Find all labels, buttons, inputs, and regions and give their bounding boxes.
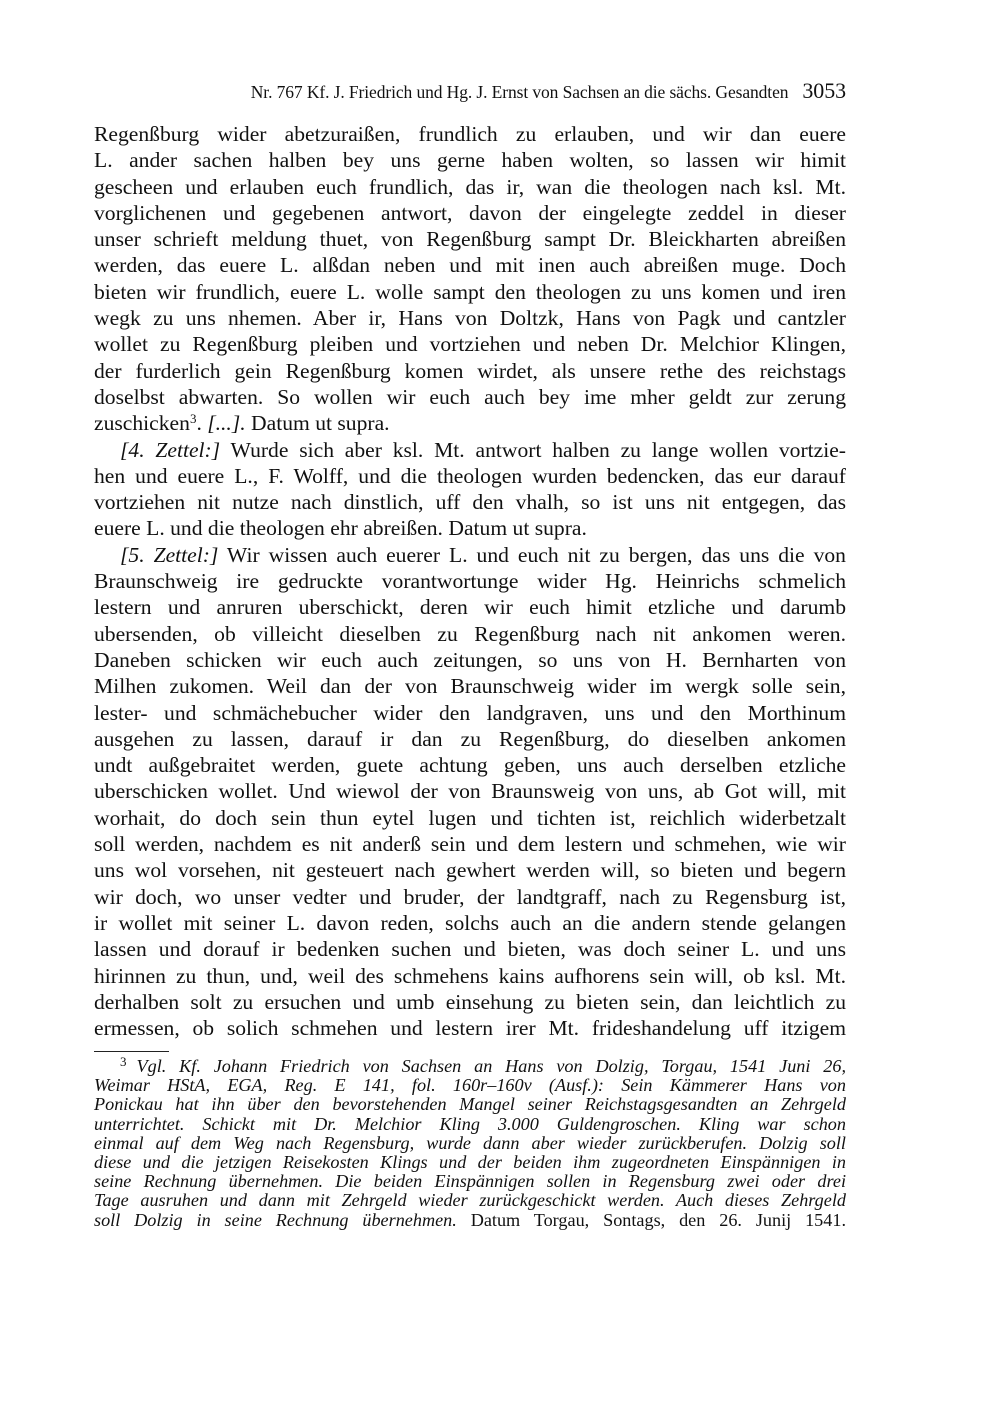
text-line: unser schrieft meldung thuet, von Regenß… xyxy=(94,226,846,252)
text-line: derhalben solt zu ersuchen und umb einse… xyxy=(94,989,846,1015)
text-line: hirinnen zu thun, und, weil des schmehen… xyxy=(94,963,846,989)
footnote-line: soll Dolzig in seine Rechnung übernehmen… xyxy=(94,1211,846,1230)
footnote-line: Ponickau hat ihn über den bevorstehenden… xyxy=(94,1095,846,1114)
text-line: Daneben schicken wir euch auch zeitungen… xyxy=(94,647,846,673)
text-segment: Wir wissen auch euerer L. und euch nit z… xyxy=(218,543,846,567)
zettel-label: [4. Zettel:] xyxy=(120,438,220,462)
text-line: lestern und anruren uberschickt, deren w… xyxy=(94,594,846,620)
paragraph-1: Regenßburg wider abetzuraißen, frundlich… xyxy=(94,121,846,437)
text-line: Milhen zukomen. Weil dan der von Braunsc… xyxy=(94,673,846,699)
text-segment: zuschicken xyxy=(94,411,190,435)
editorial-omission: [...]. xyxy=(207,411,245,435)
footnote-divider xyxy=(94,1051,169,1052)
text-segment: Datum ut supra. xyxy=(246,411,390,435)
footnote-line: unterrichtet. Schickt mit Dr. Melchior K… xyxy=(94,1115,846,1134)
text-line: [4. Zettel:] Wurde sich aber ksl. Mt. an… xyxy=(94,437,846,463)
text-line: uns wol vorsehen, nit gesteuert nach gew… xyxy=(94,857,846,883)
text-line: euere L. und die theologen ehr abreißen.… xyxy=(94,515,846,541)
zettel-label: [5. Zettel:] xyxy=(120,543,218,567)
text-segment: . xyxy=(196,411,207,435)
text-line: Braunschweig ire gedruckte vorantwortung… xyxy=(94,568,846,594)
running-header: Nr. 767 Kf. J. Friedrich und Hg. J. Erns… xyxy=(94,78,846,108)
text-line: vortziehen nit nutze nach dinstlich, uff… xyxy=(94,489,846,515)
text-line: lester- und schmächebucher wider den lan… xyxy=(94,700,846,726)
text-line: der furderlich gein Regenßburg komen wir… xyxy=(94,358,846,384)
text-line: ubersenden, ob villeicht dieselben zu Re… xyxy=(94,621,846,647)
text-line: uberschicken wollet. Und wiewol der von … xyxy=(94,778,846,804)
document-page: Nr. 767 Kf. J. Friedrich und Hg. J. Erns… xyxy=(94,78,846,1041)
text-line: ermessen, ob solich schmehen und lestern… xyxy=(94,1015,846,1041)
text-line: soll werden, nachdem es nit anderß sein … xyxy=(94,831,846,857)
text-line: vorglichenen und gegebenen antwort, davo… xyxy=(94,200,846,226)
footnote-line: seine Rechnung übernehmen. Die beiden Ei… xyxy=(94,1172,846,1191)
footnote-3: 3Vgl. Kf. Johann Friedrich von Sachsen a… xyxy=(94,1057,846,1230)
text-line: wir doch, wo unser vedter und bruder, de… xyxy=(94,884,846,910)
footnote-line: diese und die jetzigen Reisekosten Kling… xyxy=(94,1153,846,1172)
footnote-line: Weimar HStA, EGA, Reg. E 141, fol. 160r–… xyxy=(94,1076,846,1095)
footnote-line: einmal auf dem Weg nach Regensburg, wurd… xyxy=(94,1134,846,1153)
paragraph-zettel-5: [5. Zettel:] Wir wissen auch euerer L. u… xyxy=(94,542,846,1042)
text-line: doselbst abwarten. So wollen wir euch au… xyxy=(94,384,846,410)
text-segment: Vgl. Kf. Johann Friedrich von Sachsen an… xyxy=(137,1056,847,1076)
text-line: wegk zu uns nhemen. Aber ir, Hans von Do… xyxy=(94,305,846,331)
main-text: Regenßburg wider abetzuraißen, frundlich… xyxy=(94,121,846,1041)
text-line: werden, das euere L. alßdan neben und mi… xyxy=(94,252,846,278)
text-line: wollet zu Regenßburg pleiben und vortzie… xyxy=(94,331,846,357)
running-title: Nr. 767 Kf. J. Friedrich und Hg. J. Erns… xyxy=(251,82,789,103)
text-segment: soll Dolzig in seine Rechnung übernehmen… xyxy=(94,1210,457,1230)
text-line: ir wollet mit seiner L. davon reden, sol… xyxy=(94,910,846,936)
footnote-line: 3Vgl. Kf. Johann Friedrich von Sachsen a… xyxy=(94,1057,846,1076)
text-line: [5. Zettel:] Wir wissen auch euerer L. u… xyxy=(94,542,846,568)
text-line: Regenßburg wider abetzuraißen, frundlich… xyxy=(94,121,846,147)
text-segment: Wurde sich aber ksl. Mt. antwort halben … xyxy=(220,438,846,462)
text-line: worhait, do doch sein thun eytel lugen u… xyxy=(94,805,846,831)
text-line: zuschicken3. [...]. Datum ut supra. xyxy=(94,410,846,436)
text-line: hen und euere L., F. Wolff, und die theo… xyxy=(94,463,846,489)
text-line: ausgehen zu lassen, darauf ir dan zu Reg… xyxy=(94,726,846,752)
text-line: undt außgebraitet werden, guete achtung … xyxy=(94,752,846,778)
text-line: L. ander sachen halben bey uns gerne hab… xyxy=(94,147,846,173)
footnote-number: 3 xyxy=(120,1054,127,1069)
text-line: lassen und dorauf ir bedenken suchen und… xyxy=(94,936,846,962)
page-number: 3053 xyxy=(802,78,846,104)
dating-clause: Datum Torgau, Sontags, den 26. Junij 154… xyxy=(457,1210,846,1230)
text-line: bieten wir frundlich, euere L. wolle sam… xyxy=(94,279,846,305)
paragraph-zettel-4: [4. Zettel:] Wurde sich aber ksl. Mt. an… xyxy=(94,437,846,542)
footnote-line: Tage ausruhen und dann mit Zehrgeld wied… xyxy=(94,1191,846,1210)
text-line: gescheen und erlauben euch frundlich, da… xyxy=(94,174,846,200)
